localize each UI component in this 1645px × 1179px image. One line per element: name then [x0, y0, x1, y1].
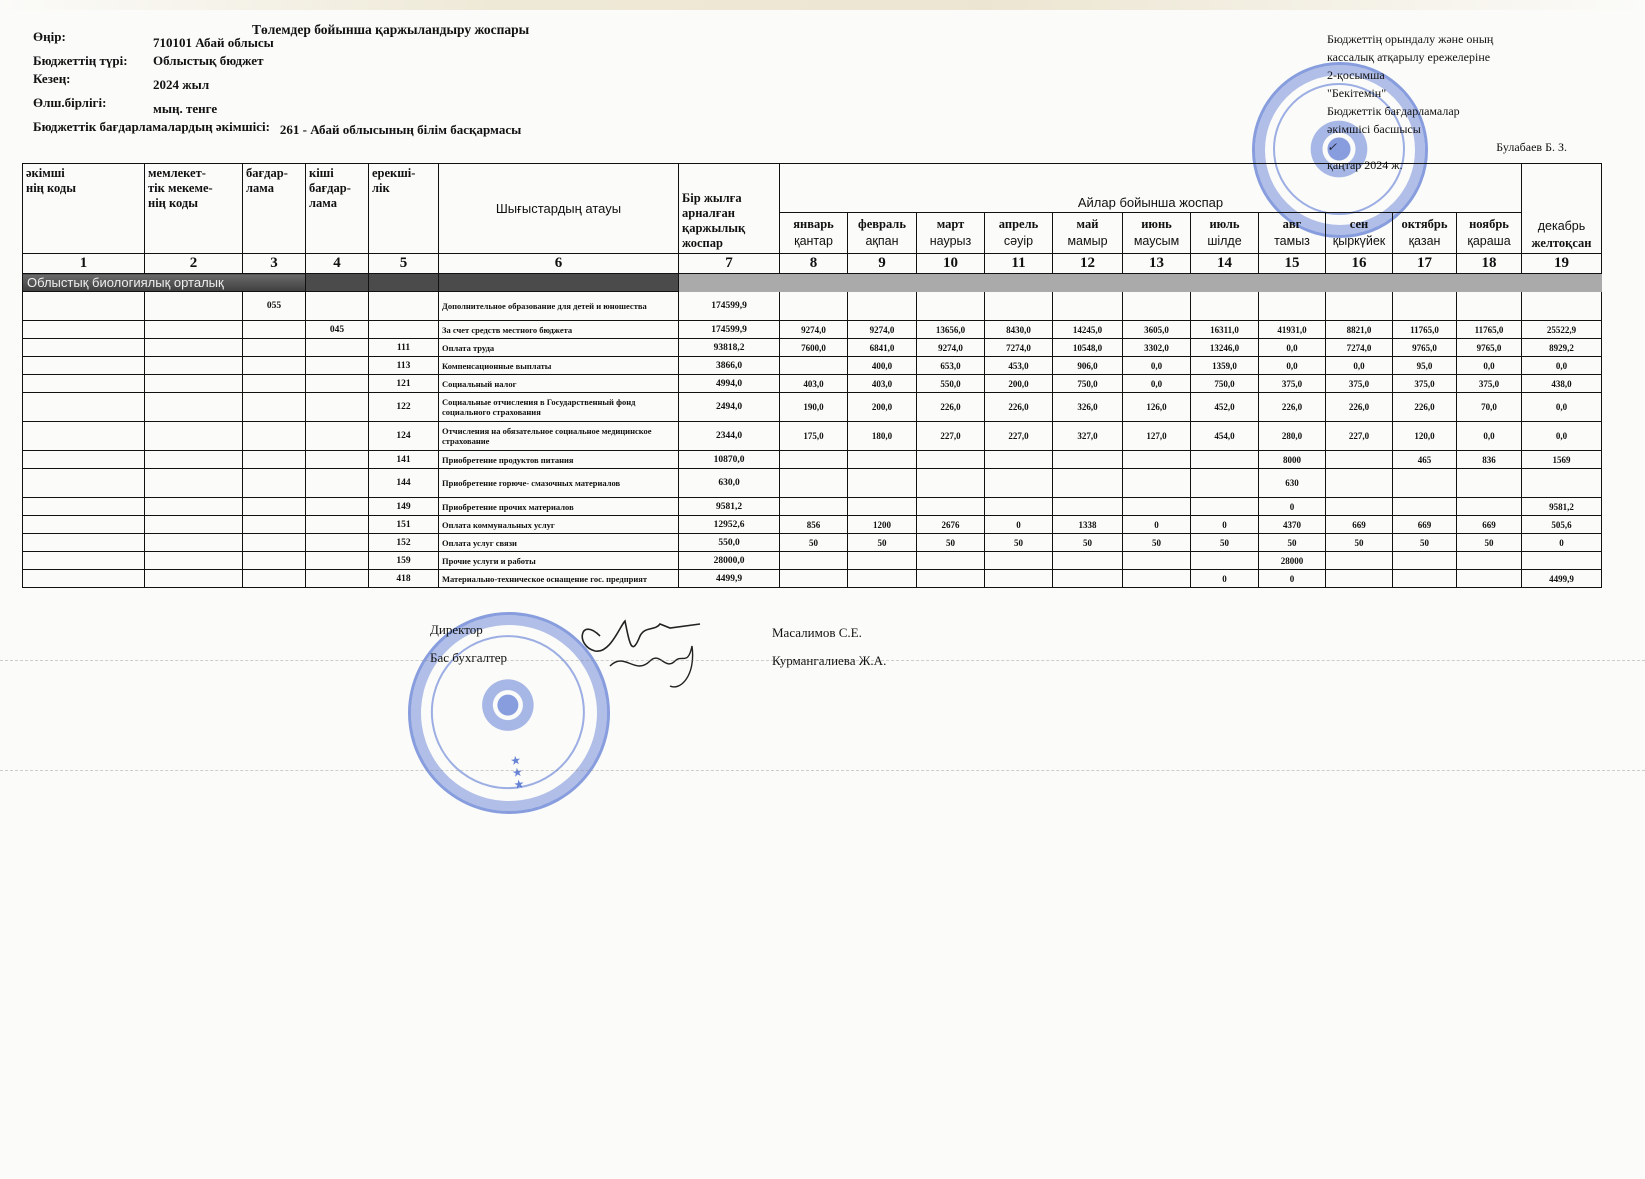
column-number: 15 [1259, 254, 1326, 274]
month-value-cell: 50 [1123, 534, 1191, 552]
institution-code-cell [145, 552, 243, 570]
month-value-cell: 50 [780, 534, 848, 552]
specific-cell: 144 [369, 469, 439, 498]
month-value-cell: 669 [1393, 516, 1457, 534]
month-value-cell: 375,0 [1259, 375, 1326, 393]
col-month-4: апрельсәуір [985, 213, 1053, 254]
month-kz: шілде [1192, 233, 1257, 250]
specific-cell: 124 [369, 422, 439, 451]
program-cell [243, 375, 306, 393]
month-value-cell [917, 552, 985, 570]
month-value-cell: 1569 [1522, 451, 1602, 469]
admin-code-cell [23, 339, 145, 357]
specific-cell: 121 [369, 375, 439, 393]
month-value-cell [985, 469, 1053, 498]
months-plan-title: Айлар бойынша жоспар [780, 164, 1522, 213]
month-value-cell [1326, 498, 1393, 516]
month-value-cell: 6841,0 [848, 339, 917, 357]
col-institution-code: мемлекет- тік мекеме- нің коды [145, 164, 243, 254]
institution-code-cell [145, 375, 243, 393]
annual-plan-cell: 550,0 [679, 534, 780, 552]
month-value-cell [1522, 292, 1602, 321]
specific-cell: 418 [369, 570, 439, 588]
month-value-cell: 126,0 [1123, 393, 1191, 422]
month-kz: ақпан [849, 233, 915, 250]
month-value-cell: 4370 [1259, 516, 1326, 534]
column-number: 19 [1522, 254, 1602, 274]
month-value-cell: 0,0 [1259, 357, 1326, 375]
table-row: 418Материально-техническое оснащение гос… [23, 570, 1602, 588]
admin-code-cell [23, 321, 145, 339]
header-field-region: Өңір: 710101 Абай облысы [33, 28, 521, 52]
month-value-cell: 669 [1326, 516, 1393, 534]
document-header: Өңір: 710101 Абай облысы Бюджеттің түрі:… [33, 28, 521, 139]
month-kz: қазан [1394, 233, 1455, 250]
month-value-cell: 28000 [1259, 552, 1326, 570]
month-value-cell: 41931,0 [1259, 321, 1326, 339]
table-row: 152Оплата услуг связи550,050505050505050… [23, 534, 1602, 552]
col-specific: ерекші- лік [369, 164, 439, 254]
approval-line: Бюджеттік бағдарламалар [1327, 102, 1567, 120]
table-row: 122Социальные отчисления в Государственн… [23, 393, 1602, 422]
field-value: Облыстық бюджет [153, 52, 263, 70]
month-kz: сәуір [986, 233, 1051, 250]
month-value-cell: 400,0 [848, 357, 917, 375]
expense-name-cell: Компенсационные выплаты [439, 357, 679, 375]
program-cell [243, 321, 306, 339]
month-value-cell [917, 570, 985, 588]
month-value-cell [1326, 552, 1393, 570]
field-value: 710101 Абай облысы [153, 34, 274, 52]
approval-line: әкімшісі басшысы [1327, 120, 1567, 138]
column-number: 13 [1123, 254, 1191, 274]
month-value-cell: 25522,9 [1522, 321, 1602, 339]
subprogram-cell [306, 534, 369, 552]
table-row: 141Приобретение продуктов питания10870,0… [23, 451, 1602, 469]
approval-signatory: Булабаев Б. З. [1496, 138, 1567, 156]
institution-code-cell [145, 534, 243, 552]
column-numbers-row: 12345678910111213141516171819 [23, 254, 1602, 274]
annual-plan-cell: 12952,6 [679, 516, 780, 534]
month-value-cell: 453,0 [985, 357, 1053, 375]
month-value-cell: 454,0 [1191, 422, 1259, 451]
admin-code-cell [23, 498, 145, 516]
admin-code-cell [23, 375, 145, 393]
column-number: 5 [369, 254, 439, 274]
col-month-6: июньмаусым [1123, 213, 1191, 254]
section-cell [369, 274, 439, 292]
month-value-cell [780, 469, 848, 498]
month-value-cell: 836 [1457, 451, 1522, 469]
column-number: 1 [23, 254, 145, 274]
month-value-cell: 0,0 [1457, 422, 1522, 451]
month-value-cell [1053, 570, 1123, 588]
subprogram-cell [306, 469, 369, 498]
column-number: 4 [306, 254, 369, 274]
signature-role-chief-accountant: Бас бухгалтер [430, 650, 507, 666]
month-value-cell [985, 292, 1053, 321]
month-value-cell: 326,0 [1053, 393, 1123, 422]
specific-cell [369, 321, 439, 339]
month-value-cell: 50 [848, 534, 917, 552]
month-value-cell: 50 [917, 534, 985, 552]
table-row: 045За счет средств местного бюджета17459… [23, 321, 1602, 339]
admin-code-cell [23, 422, 145, 451]
table-row: 113Компенсационные выплаты3866,0400,0653… [23, 357, 1602, 375]
column-number: 10 [917, 254, 985, 274]
program-cell [243, 570, 306, 588]
annual-plan-cell: 93818,2 [679, 339, 780, 357]
expense-name-cell: Приобретение прочих материалов [439, 498, 679, 516]
month-value-cell [1326, 570, 1393, 588]
month-ru: декабрь [1523, 218, 1600, 235]
month-value-cell: 8929,2 [1522, 339, 1602, 357]
month-value-cell: 200,0 [848, 393, 917, 422]
month-value-cell: 0 [1191, 516, 1259, 534]
month-value-cell: 0,0 [1123, 375, 1191, 393]
institution-code-cell [145, 451, 243, 469]
month-value-cell: 175,0 [780, 422, 848, 451]
institution-code-cell [145, 357, 243, 375]
col-month-1: январьқантар [780, 213, 848, 254]
column-number: 7 [679, 254, 780, 274]
month-value-cell [848, 451, 917, 469]
month-value-cell [1393, 292, 1457, 321]
month-value-cell: 226,0 [1393, 393, 1457, 422]
field-label: Бюджеттің түрі: [33, 52, 153, 70]
program-cell [243, 498, 306, 516]
month-value-cell: 70,0 [1457, 393, 1522, 422]
expense-name-cell: Приобретение продуктов питания [439, 451, 679, 469]
month-value-cell [1191, 292, 1259, 321]
month-value-cell [1457, 469, 1522, 498]
month-value-cell [1326, 469, 1393, 498]
month-value-cell: 1359,0 [1191, 357, 1259, 375]
subprogram-cell [306, 498, 369, 516]
month-value-cell [1393, 570, 1457, 588]
month-value-cell: 465 [1393, 451, 1457, 469]
signature-name-chief-accountant: Курмангалиева Ж.А. [772, 653, 886, 669]
month-value-cell [1522, 552, 1602, 570]
month-value-cell: 3302,0 [1123, 339, 1191, 357]
month-value-cell [917, 292, 985, 321]
approval-line: "Бекітемін" [1327, 84, 1567, 102]
field-label: Бюджеттік бағдарламалардың әкімшісі: [33, 118, 270, 139]
annual-plan-cell: 4499,9 [679, 570, 780, 588]
month-value-cell [1393, 498, 1457, 516]
month-ru: май [1054, 216, 1121, 233]
signature-name-director: Масалимов С.Е. [772, 625, 862, 641]
institution-code-cell [145, 422, 243, 451]
month-value-cell [848, 469, 917, 498]
month-value-cell: 0 [985, 516, 1053, 534]
table-row: 055Дополнительное образование для детей … [23, 292, 1602, 321]
annual-plan-cell: 174599,9 [679, 321, 780, 339]
admin-code-cell [23, 516, 145, 534]
program-cell [243, 339, 306, 357]
month-value-cell [1457, 292, 1522, 321]
month-value-cell: 856 [780, 516, 848, 534]
annual-plan-cell: 9581,2 [679, 498, 780, 516]
month-value-cell: 403,0 [780, 375, 848, 393]
month-value-cell: 120,0 [1393, 422, 1457, 451]
expense-name-cell: Прочие услуги и работы [439, 552, 679, 570]
annual-plan-cell: 10870,0 [679, 451, 780, 469]
month-value-cell [1191, 451, 1259, 469]
month-ru: сен [1327, 216, 1391, 233]
program-cell [243, 516, 306, 534]
month-value-cell: 9274,0 [848, 321, 917, 339]
admin-code-cell [23, 469, 145, 498]
column-number: 2 [145, 254, 243, 274]
month-value-cell [1393, 469, 1457, 498]
col-expense-name: Шығыстардың атауы [439, 164, 679, 254]
field-value: 2024 жыл [153, 76, 209, 94]
month-ru: март [918, 216, 983, 233]
month-value-cell: 227,0 [985, 422, 1053, 451]
month-value-cell [780, 552, 848, 570]
column-number: 8 [780, 254, 848, 274]
expense-name-cell: Оплата труда [439, 339, 679, 357]
month-value-cell [1191, 552, 1259, 570]
month-value-cell: 9274,0 [917, 339, 985, 357]
month-kz: қантар [781, 233, 846, 250]
col-month-9: сенқыркүйек [1326, 213, 1393, 254]
column-number: 3 [243, 254, 306, 274]
month-value-cell [1326, 451, 1393, 469]
month-value-cell [780, 570, 848, 588]
month-value-cell: 227,0 [917, 422, 985, 451]
month-value-cell: 0 [1123, 516, 1191, 534]
col-annual-plan: Бір жылға арналған қаржылық жоспар [679, 164, 780, 254]
signature-role-director: Директор [430, 622, 483, 638]
section-cell [306, 274, 369, 292]
month-value-cell: 50 [1457, 534, 1522, 552]
admin-code-cell [23, 552, 145, 570]
month-value-cell [780, 498, 848, 516]
month-value-cell: 505,6 [1522, 516, 1602, 534]
column-number: 12 [1053, 254, 1123, 274]
month-value-cell [985, 570, 1053, 588]
month-value-cell: 8000 [1259, 451, 1326, 469]
header-field-administrator: Бюджеттік бағдарламалардың әкімшісі: 261… [33, 118, 521, 139]
specific-cell: 122 [369, 393, 439, 422]
month-value-cell: 50 [1191, 534, 1259, 552]
program-cell [243, 469, 306, 498]
month-value-cell [780, 357, 848, 375]
month-value-cell: 0,0 [1457, 357, 1522, 375]
section-row: Облыстық биологиялық орталық [23, 274, 1602, 292]
signature-scribble [570, 606, 720, 696]
annual-plan-cell: 4994,0 [679, 375, 780, 393]
month-value-cell [1522, 469, 1602, 498]
header-field-budget-type: Бюджеттің түрі: Облыстық бюджет [33, 52, 521, 70]
month-value-cell [1123, 570, 1191, 588]
program-cell [243, 534, 306, 552]
table-row: 159Прочие услуги и работы28000,028000 [23, 552, 1602, 570]
header-field-unit: Өлш.бірлігі: мың. тенге [33, 94, 521, 118]
table-row: 121Социальный налог4994,0403,0403,0550,0… [23, 375, 1602, 393]
month-value-cell [1053, 469, 1123, 498]
month-value-cell: 9274,0 [780, 321, 848, 339]
expense-name-cell: Дополнительное образование для детей и ю… [439, 292, 679, 321]
column-number: 9 [848, 254, 917, 274]
program-cell [243, 552, 306, 570]
month-ru: июнь [1124, 216, 1189, 233]
month-value-cell: 280,0 [1259, 422, 1326, 451]
table-row: 111Оплата труда93818,27600,06841,09274,0… [23, 339, 1602, 357]
column-number: 11 [985, 254, 1053, 274]
month-value-cell: 0 [1259, 498, 1326, 516]
scan-artifact-line [0, 770, 1645, 771]
table-body: Облыстық биологиялық орталық 055Дополнит… [23, 274, 1602, 588]
month-value-cell: 9765,0 [1457, 339, 1522, 357]
header-row: әкімші нің коды мемлекет- тік мекеме- ні… [23, 164, 1602, 213]
month-kz: мамыр [1054, 233, 1121, 250]
month-value-cell: 0,0 [1326, 357, 1393, 375]
month-value-cell: 1200 [848, 516, 917, 534]
month-kz: маусым [1124, 233, 1189, 250]
admin-code-cell [23, 534, 145, 552]
month-value-cell [780, 292, 848, 321]
section-cell [439, 274, 679, 292]
annual-plan-cell: 2344,0 [679, 422, 780, 451]
header-field-period: Кезең: 2024 жыл [33, 70, 521, 94]
specific-cell: 152 [369, 534, 439, 552]
month-kz: қараша [1458, 233, 1520, 250]
month-value-cell: 200,0 [985, 375, 1053, 393]
scan-artifact-line [0, 660, 1645, 661]
month-value-cell [1053, 552, 1123, 570]
month-value-cell [848, 552, 917, 570]
col-month-12: декабрь желтоқсан [1522, 164, 1602, 254]
month-value-cell [917, 451, 985, 469]
subprogram-cell [306, 516, 369, 534]
month-value-cell [917, 469, 985, 498]
month-value-cell: 375,0 [1457, 375, 1522, 393]
month-kz: наурыз [918, 233, 983, 250]
specific-cell: 149 [369, 498, 439, 516]
subprogram-cell [306, 339, 369, 357]
subprogram-cell [306, 292, 369, 321]
month-value-cell: 50 [1053, 534, 1123, 552]
month-value-cell: 4499,9 [1522, 570, 1602, 588]
month-kz: тамыз [1260, 233, 1324, 250]
month-value-cell [1191, 498, 1259, 516]
institution-code-cell [145, 498, 243, 516]
month-value-cell: 226,0 [985, 393, 1053, 422]
month-value-cell: 750,0 [1191, 375, 1259, 393]
specific-cell [369, 292, 439, 321]
month-ru: ноябрь [1458, 216, 1520, 233]
month-value-cell [1123, 552, 1191, 570]
month-kz: желтоқсан [1523, 235, 1600, 252]
month-value-cell: 906,0 [1053, 357, 1123, 375]
specific-cell: 113 [369, 357, 439, 375]
month-value-cell: 9765,0 [1393, 339, 1457, 357]
annual-plan-cell: 174599,9 [679, 292, 780, 321]
month-value-cell: 7600,0 [780, 339, 848, 357]
program-cell [243, 393, 306, 422]
month-value-cell [848, 498, 917, 516]
signature-mark: ✓ [1327, 138, 1337, 156]
expense-name-cell: Материально-техническое оснащение гос. п… [439, 570, 679, 588]
month-value-cell: 452,0 [1191, 393, 1259, 422]
subprogram-cell [306, 357, 369, 375]
month-value-cell: 50 [1393, 534, 1457, 552]
month-value-cell: 50 [1259, 534, 1326, 552]
table-row: 124Отчисления на обязательное социальное… [23, 422, 1602, 451]
month-value-cell: 227,0 [1326, 422, 1393, 451]
table-row: 149Приобретение прочих материалов9581,20… [23, 498, 1602, 516]
month-value-cell: 653,0 [917, 357, 985, 375]
column-number: 17 [1393, 254, 1457, 274]
financing-plan-table: әкімші нің коды мемлекет- тік мекеме- ні… [22, 163, 1602, 588]
col-month-7: июльшілде [1191, 213, 1259, 254]
section-cell [679, 274, 1602, 292]
month-value-cell: 95,0 [1393, 357, 1457, 375]
month-value-cell: 9581,2 [1522, 498, 1602, 516]
specific-cell: 111 [369, 339, 439, 357]
month-value-cell [1123, 498, 1191, 516]
month-value-cell: 0 [1191, 570, 1259, 588]
month-value-cell: 8430,0 [985, 321, 1053, 339]
month-value-cell [1457, 552, 1522, 570]
month-value-cell: 630 [1259, 469, 1326, 498]
month-value-cell: 0,0 [1522, 393, 1602, 422]
subprogram-cell [306, 422, 369, 451]
field-label: Кезең: [33, 70, 153, 94]
field-value: 261 - Абай облысының білім басқармасы [280, 121, 521, 139]
month-value-cell: 0,0 [1123, 357, 1191, 375]
col-month-3: мартнаурыз [917, 213, 985, 254]
month-value-cell: 438,0 [1522, 375, 1602, 393]
subprogram-cell: 045 [306, 321, 369, 339]
month-value-cell [1393, 552, 1457, 570]
section-title: Облыстық биологиялық орталық [23, 274, 306, 292]
month-value-cell: 0 [1522, 534, 1602, 552]
month-value-cell [848, 292, 917, 321]
month-value-cell [985, 451, 1053, 469]
approval-line: Бюджеттің орындалу және оның [1327, 30, 1567, 48]
month-value-cell [1259, 292, 1326, 321]
subprogram-cell [306, 570, 369, 588]
month-value-cell: 11765,0 [1393, 321, 1457, 339]
month-value-cell: 190,0 [780, 393, 848, 422]
approval-line: кассалық атқарылу ережелеріне [1327, 48, 1567, 66]
expense-name-cell: Социальный налог [439, 375, 679, 393]
col-admin-code: әкімші нің коды [23, 164, 145, 254]
program-cell [243, 357, 306, 375]
column-number: 14 [1191, 254, 1259, 274]
field-value: мың. тенге [153, 100, 217, 118]
col-month-8: авгтамыз [1259, 213, 1326, 254]
admin-code-cell [23, 570, 145, 588]
expense-name-cell: Оплата услуг связи [439, 534, 679, 552]
col-month-5: маймамыр [1053, 213, 1123, 254]
field-label: Өңір: [33, 28, 153, 52]
admin-code-cell [23, 357, 145, 375]
month-value-cell [1191, 469, 1259, 498]
month-ru: октябрь [1394, 216, 1455, 233]
month-value-cell: 8821,0 [1326, 321, 1393, 339]
month-value-cell [1123, 451, 1191, 469]
month-value-cell: 10548,0 [1053, 339, 1123, 357]
month-value-cell: 0,0 [1522, 357, 1602, 375]
month-value-cell: 50 [1326, 534, 1393, 552]
program-cell [243, 422, 306, 451]
month-value-cell: 2676 [917, 516, 985, 534]
